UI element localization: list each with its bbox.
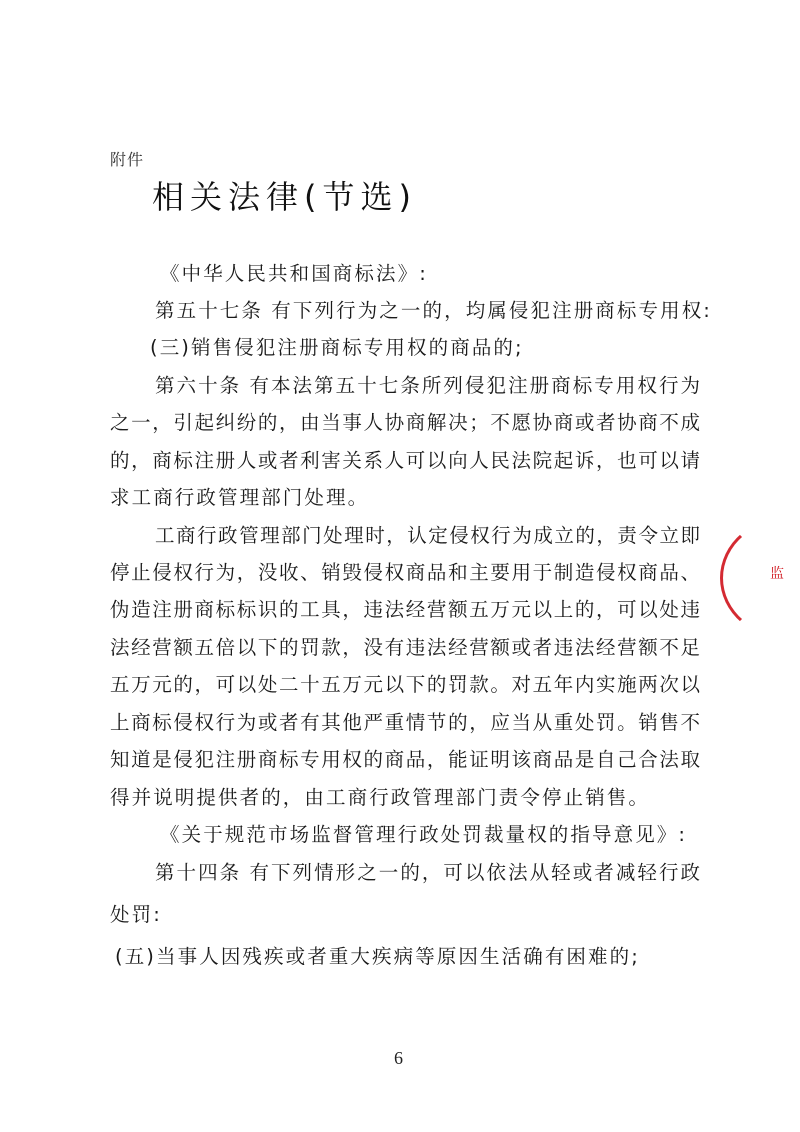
text-line: 伪造注册商标标识的工具，违法经营额五万元以上的，可以处违: [110, 598, 700, 622]
text-line: 五万元的，可以处二十五万元以下的罚款。对五年内实施两次以: [110, 673, 700, 697]
text-line: 工商行政管理部门处理时，认定侵权行为成立的，责令立即: [155, 524, 700, 548]
text-line: 求工商行政管理部门处理。: [110, 486, 369, 510]
text-line: 上商标侵权行为或者有其他严重情节的，应当从重处罚。销售不: [110, 711, 700, 735]
text-line: 之一，引起纠纷的，由当事人协商解决；不愿协商或者协商不成: [110, 411, 700, 435]
seal-partial-text: 监: [770, 563, 784, 583]
text-line: 《中华人民共和国商标法》:: [160, 262, 428, 286]
text-line: 第六十条 有本法第五十七条所列侵犯注册商标专用权行为: [155, 374, 700, 398]
text-line: (五)当事人因残疾或者重大疾病等原因生活确有困难的;: [115, 945, 640, 969]
text-line: 第十四条 有下列情形之一的，可以依法从轻或者减轻行政: [155, 861, 700, 885]
text-line: 法经营额五倍以下的罚款，没有违法经营额或者违法经营额不足: [110, 636, 700, 660]
text-line: 《关于规范市场监督管理行政处罚裁量权的指导意见》:: [160, 823, 687, 847]
red-seal-stamp: [720, 515, 800, 641]
page-number: 6: [394, 1048, 403, 1069]
attachment-label: 附件: [110, 147, 144, 170]
document-title: 相关法律(节选): [152, 172, 417, 218]
text-line: 得并说明提供者的，由工商行政管理部门责令停止销售。: [110, 786, 650, 810]
text-line: (三)销售侵犯注册商标专用权的商品的;: [150, 336, 524, 360]
text-line: 停止侵权行为，没收、销毁侵权商品和主要用于制造侵权商品、: [110, 561, 700, 585]
text-line: 第五十七条 有下列行为之一的，均属侵犯注册商标专用权:: [155, 299, 712, 323]
document-page: 附件 相关法律(节选) 《中华人民共和国商标法》:第五十七条 有下列行为之一的，…: [0, 0, 800, 1132]
text-line: 处罚:: [110, 903, 162, 927]
text-line: 的，商标注册人或者利害关系人可以向人民法院起诉，也可以请: [110, 449, 700, 473]
text-line: 知道是侵犯注册商标专用权的商品，能证明该商品是自己合法取: [110, 748, 700, 772]
